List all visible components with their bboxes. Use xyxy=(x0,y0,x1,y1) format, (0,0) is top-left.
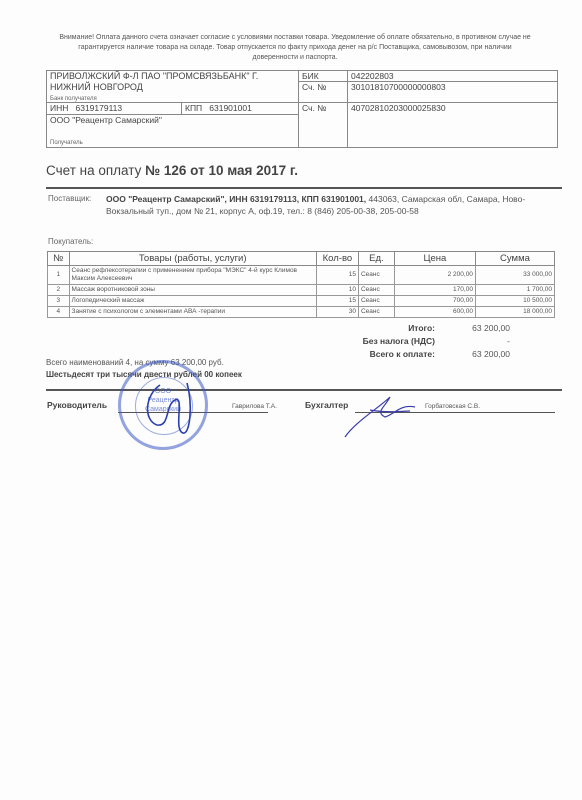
invoice-title-prefix: Счет на оплату xyxy=(46,163,145,178)
row-price: 600,00 xyxy=(394,307,475,318)
col-qty: Кол-во xyxy=(316,252,358,266)
vat-value: - xyxy=(435,335,510,348)
row-goods-name: Логопедический массаж xyxy=(69,296,316,307)
col-price: Цена xyxy=(394,252,475,266)
corr-account-label: Сч. № xyxy=(299,82,348,103)
row-goods-name: Занятие с психологом с элементами АВА -т… xyxy=(69,307,316,318)
director-name: Гаврилова Т.А. xyxy=(232,403,277,410)
supplier-name: ООО "Реацентр Самарский", ИНН 6319179113… xyxy=(106,194,369,204)
corr-account-value: 30101810700000000803 xyxy=(348,82,558,103)
director-signature-icon xyxy=(135,375,205,445)
account-value: 40702810203000025830 xyxy=(348,103,558,148)
kpp-value: 631901001 xyxy=(209,103,252,113)
goods-header-row: № Товары (работы, услуги) Кол-во Ед. Цен… xyxy=(48,252,555,266)
recipient-name: ООО "Реацентр Самарский" xyxy=(50,115,295,125)
inn-kpp-cell: ИНН 6319179113 КПП 631901001 xyxy=(47,103,299,115)
row-qty: 15 xyxy=(316,266,358,285)
due-value: 63 200,00 xyxy=(435,348,510,361)
invoice-number-date: № 126 от 10 мая 2017 г. xyxy=(145,163,298,178)
row-number: 2 xyxy=(48,285,70,296)
row-goods-name: Массаж воротниковой зоны xyxy=(69,285,316,296)
director-label: Руководитель xyxy=(47,400,107,410)
buyer-label: Покупатель: xyxy=(48,237,93,246)
recipient-cell: ООО "Реацентр Самарский" Получатель xyxy=(47,115,299,148)
payment-notice: Внимание! Оплата данного счета означает … xyxy=(55,33,535,63)
supplier-label: Поставщик: xyxy=(48,194,91,203)
row-sum: 18 000,00 xyxy=(475,307,554,318)
recipient-caption: Получатель xyxy=(50,140,83,146)
vat-label: Без налога (НДС) xyxy=(340,335,435,348)
table-row: 2Массаж воротниковой зоны10Сеанс170,001 … xyxy=(48,285,555,296)
table-row: 1Сеанс рефлексотерапии с применением при… xyxy=(48,266,555,285)
col-unit: Ед. xyxy=(358,252,394,266)
total-label: Итого: xyxy=(340,322,435,335)
row-qty: 15 xyxy=(316,296,358,307)
inn-label: ИНН xyxy=(50,103,68,113)
row-number: 4 xyxy=(48,307,70,318)
row-number: 3 xyxy=(48,296,70,307)
col-number: № xyxy=(48,252,70,266)
accountant-name: Горбатовская С.В. xyxy=(425,403,480,410)
row-unit: Сеанс xyxy=(358,266,394,285)
row-number: 1 xyxy=(48,266,70,285)
accountant-signature-icon xyxy=(340,392,420,442)
bank-name: ПРИВОЛЖСКИЙ Ф-Л ПАО "ПРОМСВЯЗЬБАНК" Г. Н… xyxy=(50,71,295,92)
divider xyxy=(46,187,562,189)
bank-name-cell: ПРИВОЛЖСКИЙ Ф-Л ПАО "ПРОМСВЯЗЬБАНК" Г. Н… xyxy=(47,71,299,93)
bank-caption: Банк получателя xyxy=(50,96,97,102)
row-qty: 10 xyxy=(316,285,358,296)
row-sum: 33 000,00 xyxy=(475,266,554,285)
row-price: 2 200,00 xyxy=(394,266,475,285)
bik-value: 042202803 xyxy=(348,71,558,82)
col-sum: Сумма xyxy=(475,252,554,266)
row-qty: 30 xyxy=(316,307,358,318)
bik-label: БИК xyxy=(299,71,348,82)
kpp-label: КПП xyxy=(185,103,202,113)
table-row: 3Логопедический массаж15Сеанс700,0010 50… xyxy=(48,296,555,307)
invoice-title: Счет на оплату № 126 от 10 мая 2017 г. xyxy=(46,163,298,178)
bank-details-table: ПРИВОЛЖСКИЙ Ф-Л ПАО "ПРОМСВЯЗЬБАНК" Г. Н… xyxy=(46,70,558,148)
row-goods-name: Сеанс рефлексотерапии с применением приб… xyxy=(69,266,316,285)
row-price: 170,00 xyxy=(394,285,475,296)
total-value: 63 200,00 xyxy=(435,322,510,335)
row-sum: 1 700,00 xyxy=(475,285,554,296)
row-price: 700,00 xyxy=(394,296,475,307)
row-unit: Сеанс xyxy=(358,296,394,307)
col-goods: Товары (работы, услуги) xyxy=(69,252,316,266)
totals-block: Итого:63 200,00 Без налога (НДС)- Всего … xyxy=(340,322,510,361)
inn-value: 6319179113 xyxy=(75,103,122,113)
goods-table: № Товары (работы, услуги) Кол-во Ед. Цен… xyxy=(47,251,555,318)
account-label: Сч. № xyxy=(299,103,348,148)
row-unit: Сеанс xyxy=(358,307,394,318)
table-row: 4Занятие с психологом с элементами АВА -… xyxy=(48,307,555,318)
supplier-details: ООО "Реацентр Самарский", ИНН 6319179113… xyxy=(106,193,551,217)
row-unit: Сеанс xyxy=(358,285,394,296)
row-sum: 10 500,00 xyxy=(475,296,554,307)
due-label: Всего к оплате: xyxy=(340,348,435,361)
